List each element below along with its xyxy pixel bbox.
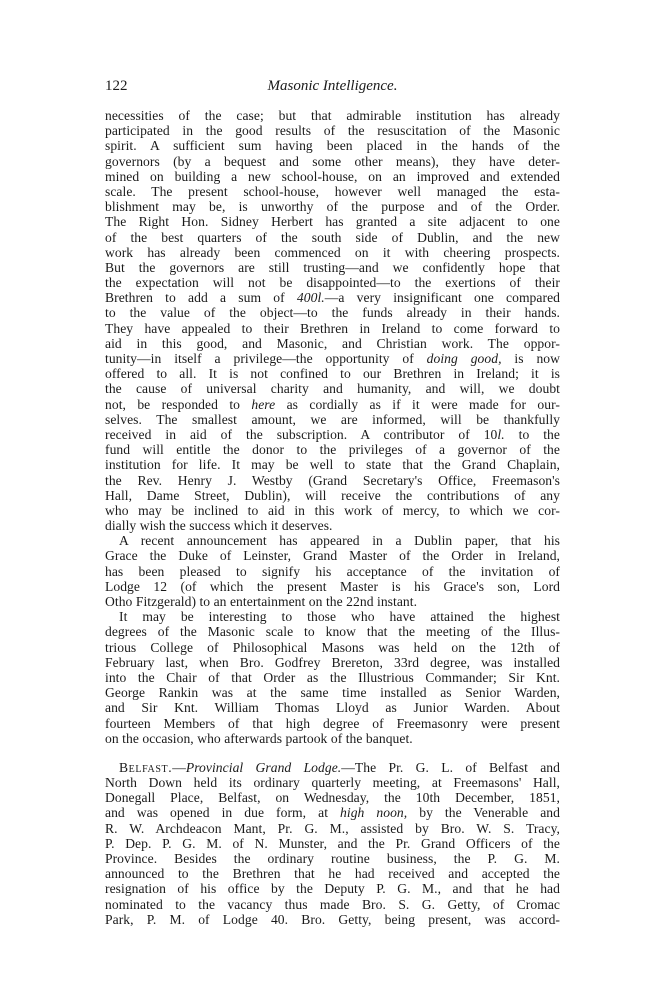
- text-line: scale. The present school-house, however…: [105, 184, 560, 199]
- section-gap: [105, 746, 560, 760]
- text-line: not, be responded to here as cordially a…: [105, 397, 560, 412]
- text-line: into the Chair of that Order as the Illu…: [105, 670, 560, 685]
- emphasis: high noon,: [340, 805, 407, 820]
- text-line: resignation of his office by the Deputy …: [105, 881, 560, 896]
- text-line: spirit. A sufficient sum having been pla…: [105, 138, 560, 153]
- text-line: Province. Besides the ordinary routine b…: [105, 851, 560, 866]
- text-line: tunity—in itself a privilege—the opportu…: [105, 351, 560, 366]
- text-line: fourteen Members of that high degree of …: [105, 716, 560, 731]
- text-line: mined on building a new school-house, on…: [105, 169, 560, 184]
- text-line: R. W. Archdeacon Mant, Pr. G. M., assist…: [105, 821, 560, 836]
- text-line: selves. The smallest amount, we are info…: [105, 412, 560, 427]
- text-line: dially wish the success which it deserve…: [105, 518, 560, 533]
- text-line: work has already been commenced on it wi…: [105, 245, 560, 260]
- text-line: nominated to the vacancy thus made Bro. …: [105, 897, 560, 912]
- paragraph-philosophical-masons: It may be interesting to those who have …: [105, 609, 560, 746]
- text-line: offered to all. It is not confined to ou…: [105, 366, 560, 381]
- text-line: Lodge 12 (of which the present Master is…: [105, 579, 560, 594]
- paragraph-duke-of-leinster: A recent announcement has appeared in a …: [105, 533, 560, 609]
- emphasis: 400l.: [297, 290, 325, 305]
- running-head: 122 Masonic Intelligence.: [105, 78, 560, 100]
- text-line: February last, when Bro. Godfrey Brereto…: [105, 655, 560, 670]
- text-line: North Down held its ordinary quarterly m…: [105, 775, 560, 790]
- running-title: Masonic Intelligence.: [105, 78, 560, 95]
- emphasis: doing good,: [427, 351, 502, 366]
- text-line: on the occasion, who afterwards partook …: [105, 731, 560, 746]
- text-line: But the governors are still trusting—and…: [105, 260, 560, 275]
- text-line: Hall, Dame Street, Dublin), will receive…: [105, 488, 560, 503]
- paragraph-belfast: Belfast.—Provincial Grand Lodge.—The Pr.…: [105, 760, 560, 927]
- text-line: Belfast.—Provincial Grand Lodge.—The Pr.…: [105, 760, 560, 775]
- text-line: Grace the Duke of Leinster, Grand Master…: [105, 548, 560, 563]
- text-line: the cause of universal charity and human…: [105, 381, 560, 396]
- text-line: Donegall Place, Belfast, on Wednesday, t…: [105, 790, 560, 805]
- text-line: the expectation will not be disappointed…: [105, 275, 560, 290]
- text-line: participated in the good results of the …: [105, 123, 560, 138]
- text-line: institution for life. It may be well to …: [105, 457, 560, 472]
- emphasis: here: [251, 397, 275, 412]
- text-line: George Rankin was at the same time insta…: [105, 685, 560, 700]
- text-line: received in aid of the subscription. A c…: [105, 427, 560, 442]
- text-line: degrees of the Masonic scale to know tha…: [105, 624, 560, 639]
- paragraph-school-house: necessities of the case; but that admira…: [105, 108, 560, 533]
- subheading: Provincial Grand Lodge.: [186, 760, 341, 775]
- text-line: Otho Fitzgerald) to an entertainment on …: [105, 594, 560, 609]
- text-line: trious College of Philosophical Masons w…: [105, 640, 560, 655]
- text-line: blishment may be, is unworthy of the pur…: [105, 199, 560, 214]
- article-body: necessities of the case; but that admira…: [105, 108, 560, 927]
- text-line: announced to the Brethren that he had re…: [105, 866, 560, 881]
- text-line: It may be interesting to those who have …: [105, 609, 560, 624]
- text-line: aid in this good, and Masonic, and Chris…: [105, 336, 560, 351]
- text-line: The Right Hon. Sidney Herbert has grante…: [105, 214, 560, 229]
- text-line: and was opened in due form, at high noon…: [105, 805, 560, 820]
- text-line: A recent announcement has appeared in a …: [105, 533, 560, 548]
- text-line: governors (by a bequest and some other m…: [105, 154, 560, 169]
- text-line: of the best quarters of the south side o…: [105, 230, 560, 245]
- text-line: the Rev. Henry J. Westby (Grand Secretar…: [105, 473, 560, 488]
- section-heading: Belfast.: [119, 760, 172, 775]
- text-line: Brethren to add a sum of 400l.—a very in…: [105, 290, 560, 305]
- book-page: 122 Masonic Intelligence. necessities of…: [105, 78, 560, 927]
- text-line: P. Dep. P. G. M. of N. Munster, and the …: [105, 836, 560, 851]
- text-line: necessities of the case; but that admira…: [105, 108, 560, 123]
- text-line: who may be inclined to aid in this work …: [105, 503, 560, 518]
- text-line: Park, P. M. of Lodge 40. Bro. Getty, bei…: [105, 912, 560, 927]
- emphasis: l.: [497, 427, 504, 442]
- text-line: fund will entitle the donor to the privi…: [105, 442, 560, 457]
- text-line: to the value of the object—to the funds …: [105, 305, 560, 320]
- text-line: and Sir Knt. William Thomas Lloyd as Jun…: [105, 700, 560, 715]
- text-line: has been pleased to signify his acceptan…: [105, 564, 560, 579]
- text-line: They have appealed to their Brethren in …: [105, 321, 560, 336]
